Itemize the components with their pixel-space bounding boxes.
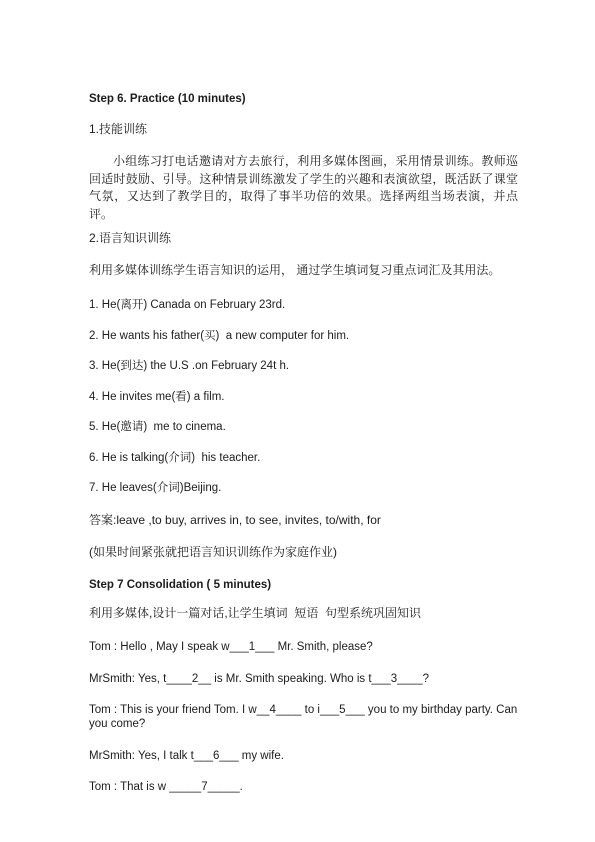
step7-intro: 利用多媒体,设计一篇对话,让学生填词 短语 句型系统巩固知识 [89, 606, 518, 620]
language-training-intro: 利用多媒体训练学生语言知识的运用， 通过学生填词复习重点词汇及其用法。 [89, 263, 518, 277]
document-page: Step 6. Practice (10 minutes) 1.技能训练 小组练… [0, 0, 595, 842]
dialog-line-3: Tom : This is your friend Tom. I w__4___… [89, 703, 518, 731]
language-training-title: 2.语言知识训练 [89, 231, 518, 245]
step6-heading: Step 6. Practice (10 minutes) [89, 92, 518, 106]
dialog-line-1: Tom : Hello , May I speak w___1___ Mr. S… [89, 640, 518, 654]
exercise-item-2: 2. He wants his father(买) a new computer… [89, 329, 518, 343]
exercise-item-4: 4. He invites me(看) a film. [89, 390, 518, 404]
step7-heading: Step 7 Consolidation ( 5 minutes) [89, 578, 518, 592]
exercise-item-7: 7. He leaves(介词)Beijing. [89, 481, 518, 495]
skill-training-title: 1.技能训练 [89, 122, 518, 136]
dialog-line-2: MrSmith: Yes, t____2__ is Mr. Smith spea… [89, 672, 518, 686]
answers-line: 答案:leave ,to buy, arrives in, to see, in… [89, 513, 518, 527]
exercise-item-1: 1. He(离开) Canada on February 23rd. [89, 298, 518, 312]
exercise-item-6: 6. He is talking(介词) his teacher. [89, 451, 518, 465]
exercise-item-3: 3. He(到达) the U.S .on February 24t h. [89, 359, 518, 373]
homework-note: (如果时间紧张就把语言知识训练作为家庭作业) [89, 545, 518, 559]
exercise-item-5: 5. He(邀请) me to cinema. [89, 420, 518, 434]
skill-training-paragraph: 小组练习打电话邀请对方去旅行，利用多媒体图画，采用情景训练。教师巡回适时鼓励、引… [89, 153, 518, 223]
document-content: Step 6. Practice (10 minutes) 1.技能训练 小组练… [89, 92, 518, 794]
dialog-line-5: Tom : That is w _____7_____. [89, 780, 518, 794]
dialog-line-4: MrSmith: Yes, I talk t___6___ my wife. [89, 749, 518, 763]
